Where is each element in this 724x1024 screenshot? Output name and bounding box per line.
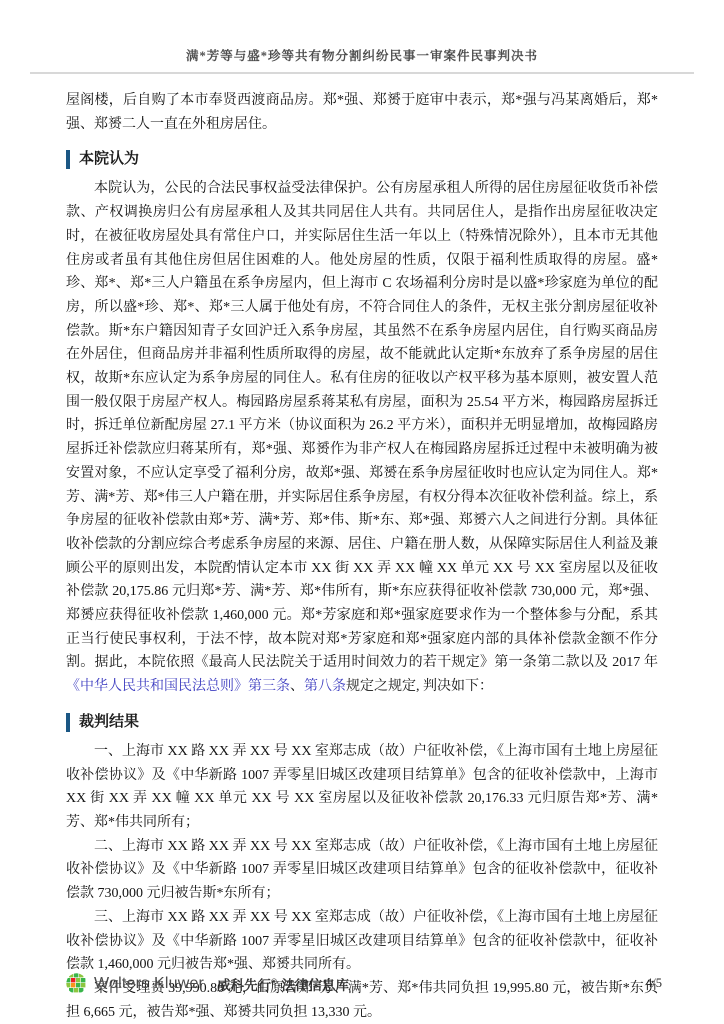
brand-cn-suffix: ·法律信息库 [277, 978, 349, 993]
brand-cn-text: 威科先行 [217, 978, 271, 993]
section-heading-court-opinion: 本院认为 [66, 150, 658, 169]
wolters-kluwer-brand: Wolters Kluwer 威科先行®·法律信息库 [66, 973, 349, 994]
page-footer: Wolters Kluwer 威科先行®·法律信息库 4/5 [66, 973, 662, 994]
document-title: 满*芳等与盛*珍等共有物分割纠纷民事一审案件民事判决书 [0, 0, 724, 64]
statute-link-article-8[interactable]: 第八条 [304, 679, 346, 694]
court-opinion-paragraph: 本院认为，公民的合法民事权益受法律保护。公有房屋承租人所得的居住房屋征收货币补偿… [66, 177, 658, 698]
page-number-indicator: 4/5 [646, 976, 662, 991]
wolters-kluwer-logo-icon [66, 973, 87, 994]
brand-name-english: Wolters Kluwer [94, 975, 204, 993]
judgment-item-2: 二、上海市 XX 路 XX 弄 XX 号 XX 室郑志成（故）户征收补偿，《上海… [66, 835, 658, 906]
header-divider [30, 72, 694, 74]
statute-link-civil-law-general-provisions[interactable]: 《中华人民共和国民法总则》 [66, 679, 248, 694]
court-opinion-tail: 规定之规定, 判决如下： [346, 679, 493, 694]
section-heading-judgment-result: 裁判结果 [66, 713, 658, 732]
court-opinion-text: 本院认为，公民的合法民事权益受法律保护。公有房屋承租人所得的居住房屋征收货币补偿… [66, 181, 658, 670]
continuation-paragraph: 屋阁楼，后自购了本市奉贤西渡商品房。郑*强、郑赟于庭审中表示，郑*强与冯某离婚后… [66, 89, 658, 136]
statute-link-separator: 、 [290, 679, 304, 694]
statute-link-article-3[interactable]: 第三条 [248, 679, 290, 694]
judgment-item-3: 三、上海市 XX 路 XX 弄 XX 号 XX 室郑志成（故）户征收补偿，《上海… [66, 906, 658, 977]
brand-name-chinese: 威科先行®·法律信息库 [217, 974, 349, 994]
judgment-document-page: 满*芳等与盛*珍等共有物分割纠纷民事一审案件民事判决书 屋阁楼，后自购了本市奉贤… [0, 0, 724, 1024]
document-body: 屋阁楼，后自购了本市奉贤西渡商品房。郑*强、郑赟于庭审中表示，郑*强与冯某离婚后… [66, 89, 658, 1024]
judgment-item-1: 一、上海市 XX 路 XX 弄 XX 号 XX 室郑志成（故）户征收补偿，《上海… [66, 740, 658, 835]
